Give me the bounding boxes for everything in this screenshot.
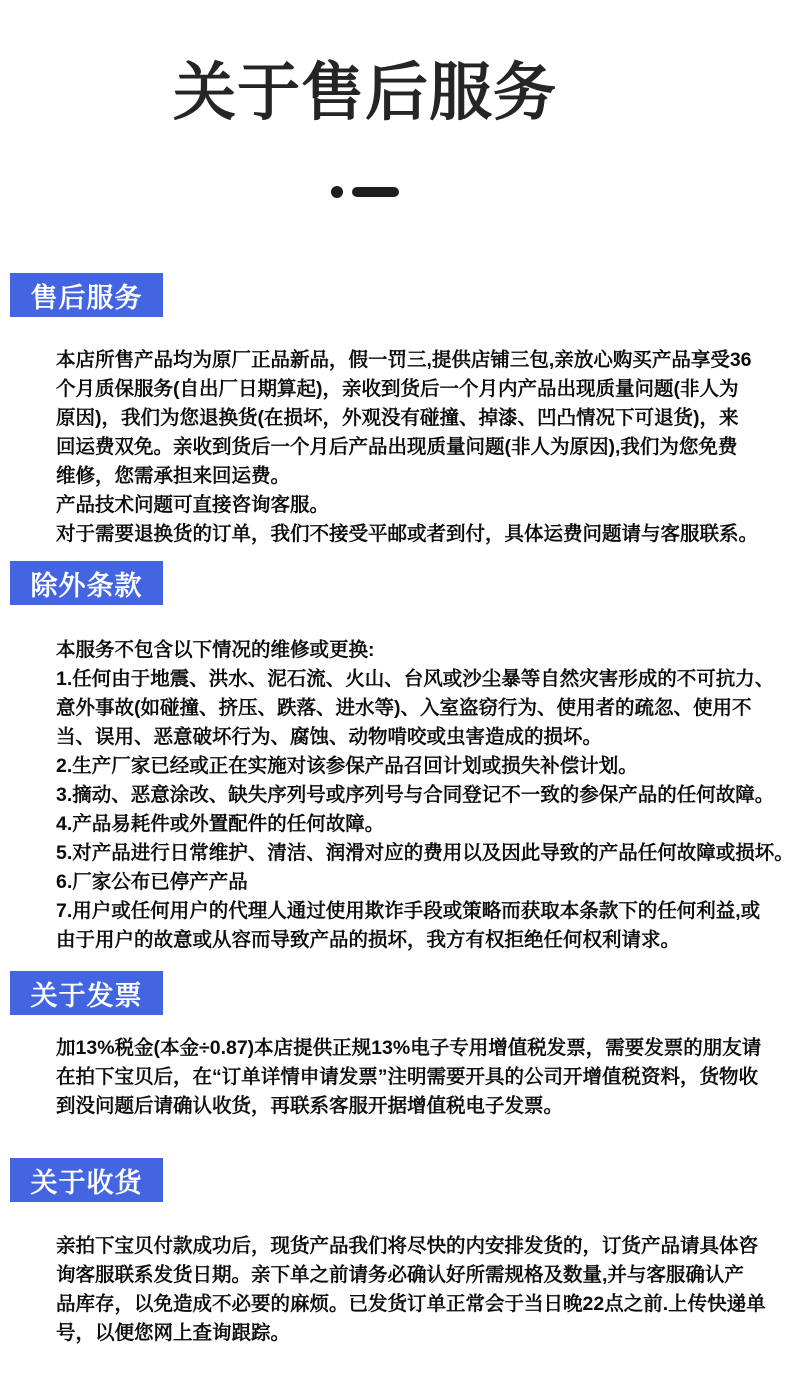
text-line: 4.产品易耗件或外置配件的任何故障。 bbox=[56, 810, 784, 839]
text-line: 到没问题后请确认收货，再联系客服开据增值税电子发票。 bbox=[56, 1092, 784, 1121]
dot-icon bbox=[331, 186, 343, 198]
dash-icon bbox=[352, 187, 399, 197]
text-line: 7.用户或任何用户的代理人通过使用欺诈手段或策略而获取本条款下的任何利益,或 bbox=[56, 897, 784, 926]
section-badge-exclusions: 除外条款 bbox=[10, 561, 163, 605]
text-line: 亲拍下宝贝付款成功后，现货产品我们将尽快的内安排发货的，订货产品请具体咨 bbox=[56, 1232, 784, 1261]
invoice-paragraph: 加13%税金(本金÷0.87)本店提供正规13%电子专用增值税发票，需要发票的朋… bbox=[56, 1034, 784, 1121]
text-line: 加13%税金(本金÷0.87)本店提供正规13%电子专用增值税发票，需要发票的朋… bbox=[56, 1034, 784, 1063]
text-line: 本店所售产品均为原厂正品新品，假一罚三,提供店铺三包,亲放心购买产品享受36 bbox=[56, 346, 784, 375]
text-line: 产品技术问题可直接咨询客服。 bbox=[56, 491, 784, 520]
delivery-paragraph: 亲拍下宝贝付款成功后，现货产品我们将尽快的内安排发货的，订货产品请具体咨询客服联… bbox=[56, 1232, 784, 1348]
text-line: 对于需要退换货的订单，我们不接受平邮或者到付，具体运费问题请与客服联系。 bbox=[56, 520, 784, 549]
text-line: 当、误用、恶意破坏行为、腐蚀、动物啃咬或虫害造成的损坏。 bbox=[56, 723, 784, 752]
text-line: 品库存，以免造成不必要的麻烦。已发货订单正常会于当日晚22点之前.上传快递单 bbox=[56, 1290, 784, 1319]
text-line: 回运费双免。亲收到货后一个月后产品出现质量问题(非人为原因),我们为您免费 bbox=[56, 433, 784, 462]
text-line: 本服务不包含以下情况的维修或更换: bbox=[56, 636, 784, 665]
section-badge-after-sales: 售后服务 bbox=[10, 273, 163, 317]
text-line: 6.厂家公布已停产产品 bbox=[56, 868, 784, 897]
text-line: 个月质保服务(自出厂日期算起)，亲收到货后一个月内产品出现质量问题(非人为 bbox=[56, 375, 784, 404]
section-badge-delivery: 关于收货 bbox=[10, 1158, 163, 1202]
text-line: 5.对产品进行日常维护、清洁、润滑对应的费用以及因此导致的产品任何故障或损坏。 bbox=[56, 839, 784, 868]
section-badge-invoice: 关于发票 bbox=[10, 971, 163, 1015]
text-line: 原因)，我们为您退换货(在损坏，外观没有碰撞、掉漆、凹凸情况下可退货)，来 bbox=[56, 404, 784, 433]
text-line: 询客服联系发货日期。亲下单之前请务必确认好所需规格及数量,并与客服确认产 bbox=[56, 1261, 784, 1290]
text-line: 1.任何由于地震、洪水、泥石流、火山、台风或沙尘暴等自然灾害形成的不可抗力、 bbox=[56, 665, 784, 694]
text-line: 由于用户的故意或从容而导致产品的损坏，我方有权拒绝任何权利请求。 bbox=[56, 926, 784, 955]
text-line: 在拍下宝贝后，在“订单详情申请发票”注明需要开具的公司开增值税资料，货物收 bbox=[56, 1063, 784, 1092]
text-line: 号，以便您网上查询跟踪。 bbox=[56, 1319, 784, 1348]
exclusions-paragraph: 本服务不包含以下情况的维修或更换:1.任何由于地震、洪水、泥石流、火山、台风或沙… bbox=[56, 636, 784, 955]
text-line: 2.生产厂家已经或正在实施对该参保产品召回计划或损失补偿计划。 bbox=[56, 752, 784, 781]
page-title: 关于售后服务 bbox=[0, 56, 730, 130]
after-sales-paragraph: 本店所售产品均为原厂正品新品，假一罚三,提供店铺三包,亲放心购买产品享受36个月… bbox=[56, 346, 784, 549]
text-line: 意外事故(如碰撞、挤压、跌落、进水等)、入室盗窃行为、使用者的疏忽、使用不 bbox=[56, 694, 784, 723]
text-line: 维修，您需承担来回运费。 bbox=[56, 462, 784, 491]
dot-dash-divider-icon bbox=[0, 186, 730, 198]
text-line: 3.摘动、恶意涂改、缺失序列号或序列号与合同登记不一致的参保产品的任何故障。 bbox=[56, 781, 784, 810]
